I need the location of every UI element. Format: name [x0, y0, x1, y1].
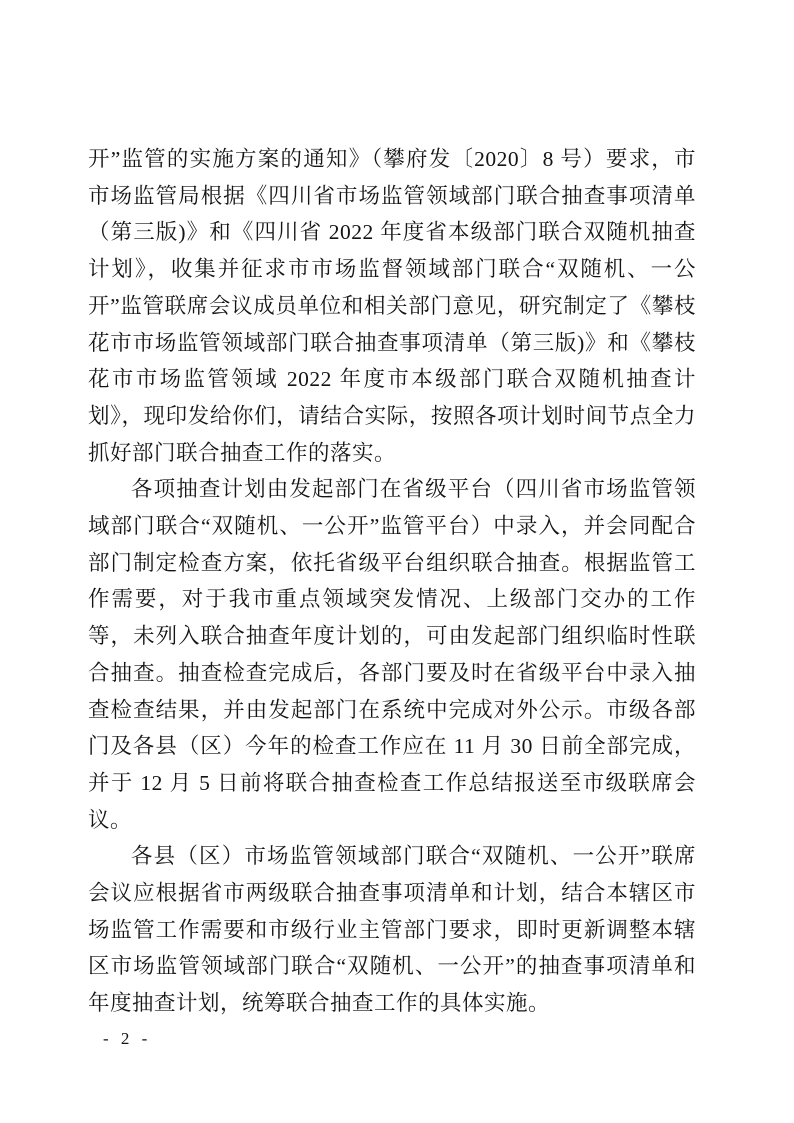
body-paragraph: 各项抽查计划由发起部门在省级平台（四川省市场监管领域部门联合“双随机、一公开”监…	[88, 471, 696, 838]
body-paragraph: 开”监管的实施方案的通知》（攀府发〔2020〕8 号）要求，市市场监管局根据《四…	[88, 141, 696, 471]
document-body: 开”监管的实施方案的通知》（攀府发〔2020〕8 号）要求，市市场监管局根据《四…	[88, 141, 696, 1022]
page-number: - 2 -	[103, 1029, 151, 1049]
document-page: 开”监管的实施方案的通知》（攀府发〔2020〕8 号）要求，市市场监管局根据《四…	[0, 0, 794, 1123]
body-paragraph: 各县（区）市场监管领域部门联合“双随机、一公开”联席会议应根据省市两级联合抽查事…	[88, 838, 696, 1022]
